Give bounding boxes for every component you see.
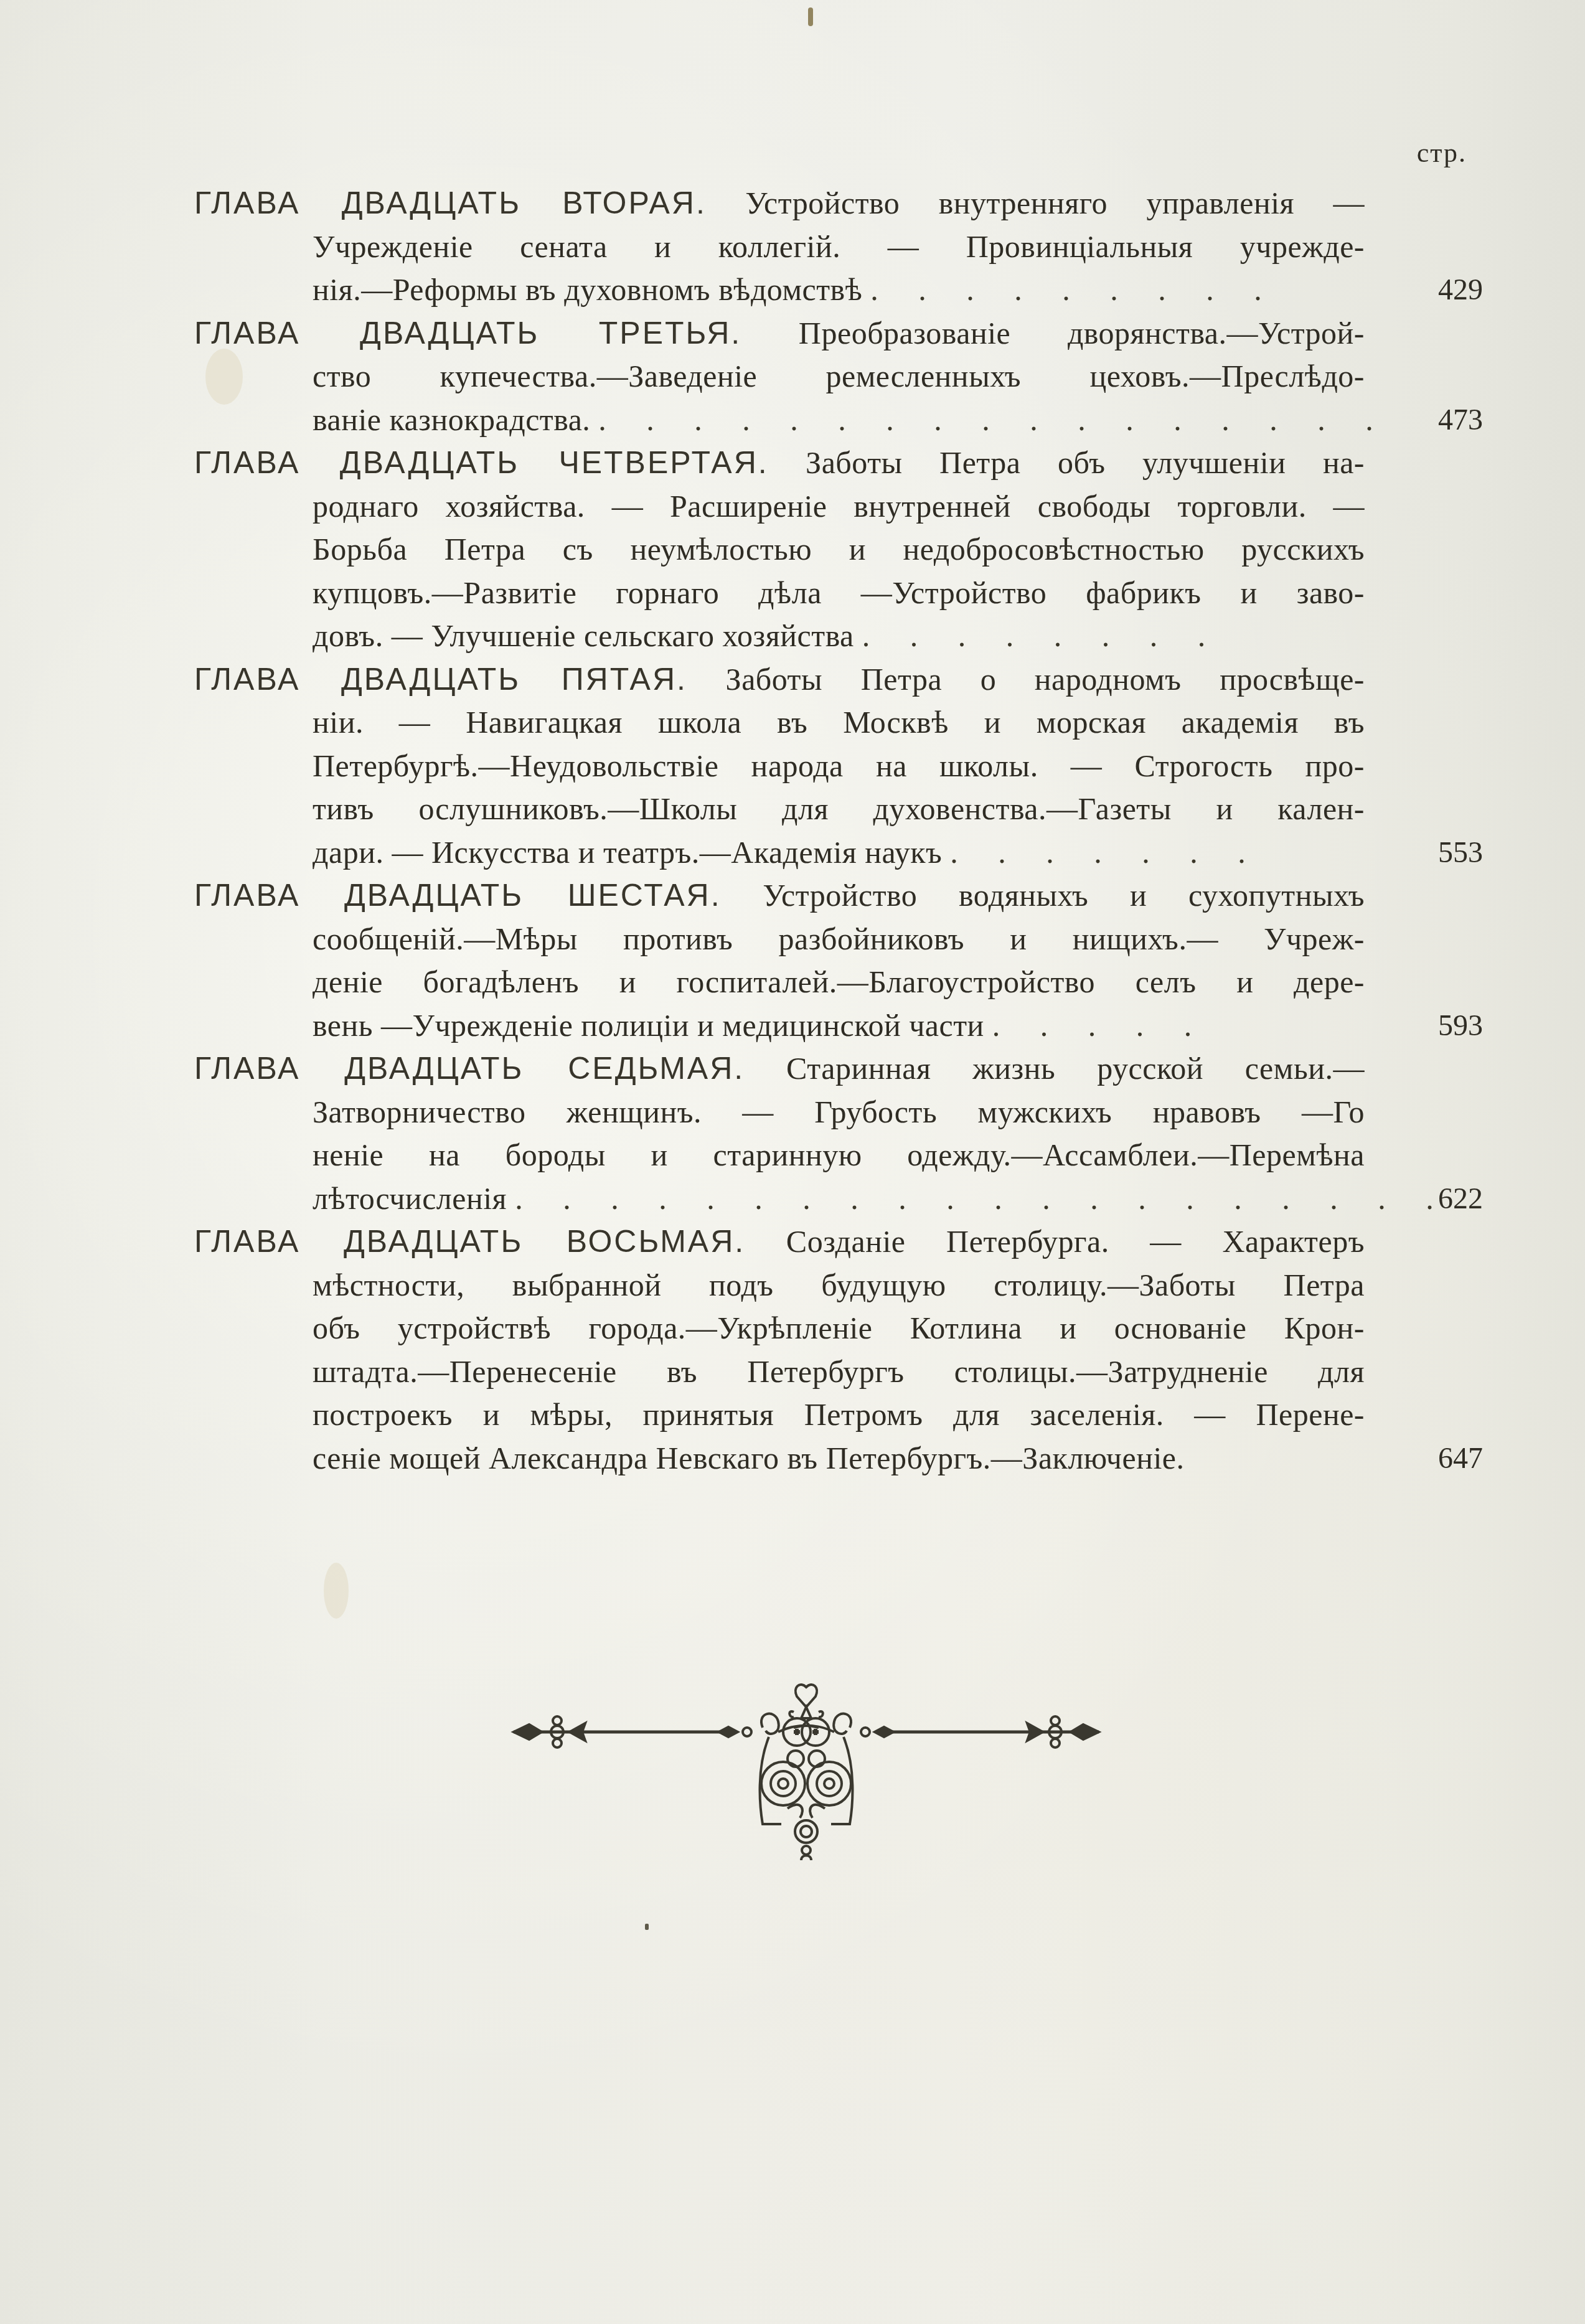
toc-line-text: ство купечества.—Заведеніе ремесленныхъ … (313, 355, 1365, 398)
chapter-title: ГЛАВА ДВАДЦАТЬ ПЯТАЯ. (194, 662, 687, 697)
toc-line-text: мѣстности, выбранной подъ будущую столиц… (313, 1264, 1365, 1307)
chapter-summary-text: дари. — Искусства и театръ.—Академія нау… (313, 835, 942, 870)
toc-line-text: ніи. — Навигацкая школа въ Москвѣ и морс… (313, 701, 1365, 745)
toc-line: ваніе казнокрадства. . . . . . . . . . .… (194, 398, 1483, 442)
chapter-summary-text: купцовъ.—Развитіе горнаго дѣла —Устройст… (313, 575, 1365, 610)
chapter-summary-text: ваніе казнокрадства. (313, 402, 590, 437)
chapter-summary-text: ніи. — Навигацкая школа въ Москвѣ и морс… (313, 705, 1365, 740)
toc-line-text: ГЛАВА ДВАДЦАТЬ ПЯТАЯ. Заботы Петра о нар… (194, 658, 1365, 702)
chapter-summary-text: неніе на бороды и старинную одежду.—Асса… (313, 1137, 1365, 1172)
toc-line: деніе богадѣленъ и госпиталей.—Благоустр… (194, 961, 1483, 1004)
toc-line: вень —Учрежденіе полиціи и медицинской ч… (194, 1004, 1483, 1048)
page-column-header: стр. (1417, 137, 1467, 169)
toc-line: тивъ ослушниковъ.—Школы для духовенства.… (194, 788, 1483, 831)
toc-line-text: ваніе казнокрадства. . . . . . . . . . .… (313, 398, 1365, 442)
toc-line-text: построекъ и мѣры, принятыя Петромъ для з… (313, 1393, 1365, 1437)
chapter-summary-text: довъ. — Улучшеніе сельскаго хозяйства (313, 618, 854, 653)
dot-leader: . . . . . . . (950, 831, 1262, 875)
toc-entry: ГЛАВА ДВАДЦАТЬ ВОСЬМАЯ. Созданіе Петербу… (194, 1220, 1483, 1480)
chapter-title: ГЛАВА ДВАДЦАТЬ ТРЕТЬЯ. (194, 316, 741, 350)
tailpiece-ornament-icon (495, 1675, 1117, 1861)
toc-line-text: деніе богадѣленъ и госпиталей.—Благоустр… (313, 961, 1365, 1004)
page-number: 429 (1402, 268, 1483, 312)
chapter-summary-text: сеніе мощей Александра Невскаго въ Петер… (313, 1441, 1184, 1475)
toc-line-text: ГЛАВА ДВАДЦАТЬ ТРЕТЬЯ. Преобразованіе дв… (194, 312, 1365, 355)
toc-line: ГЛАВА ДВАДЦАТЬ ТРЕТЬЯ. Преобразованіе дв… (194, 312, 1483, 355)
chapter-summary-text: лѣтосчисленія (313, 1181, 507, 1216)
chapter-summary-text: деніе богадѣленъ и госпиталей.—Благоустр… (313, 964, 1365, 999)
toc-entry: ГЛАВА ДВАДЦАТЬ ЧЕТВЕРТАЯ. Заботы Петра о… (194, 441, 1483, 658)
chapter-title: ГЛАВА ДВАДЦАТЬ СЕДЬМАЯ. (194, 1051, 745, 1086)
toc-line-text: дари. — Искусства и театръ.—Академія нау… (313, 831, 1365, 875)
toc-line: построекъ и мѣры, принятыя Петромъ для з… (194, 1393, 1483, 1437)
chapter-summary-text: Заботы Петра объ улучшеніи на- (806, 445, 1365, 480)
toc-line-text: ГЛАВА ДВАДЦАТЬ СЕДЬМАЯ. Старинная жизнь … (194, 1047, 1365, 1091)
chapter-summary-text: Петербургѣ.—Неудовольствіе народа на шко… (313, 748, 1365, 783)
chapter-summary-text: мѣстности, выбранной подъ будущую столиц… (313, 1268, 1365, 1302)
chapter-summary-text: Устройство водяныхъ и сухопутныхъ (763, 878, 1365, 913)
chapter-summary-text: штадта.—Перенесеніе въ Петербургъ столиц… (313, 1354, 1365, 1389)
chapter-title: ГЛАВА ДВАДЦАТЬ ВОСЬМАЯ. (194, 1224, 745, 1259)
dot-leader: . . . . . . . . . (870, 268, 1278, 312)
toc-line: мѣстности, выбранной подъ будущую столиц… (194, 1264, 1483, 1307)
chapter-title: ГЛАВА ДВАДЦАТЬ ЧЕТВЕРТАЯ. (194, 445, 769, 480)
page-number: 553 (1402, 831, 1483, 875)
toc-line-text: нія.—Реформы въ духовномъ вѣдомствѣ . . … (313, 268, 1365, 312)
toc-line: Петербургѣ.—Неудовольствіе народа на шко… (194, 745, 1483, 788)
toc-line: ГЛАВА ДВАДЦАТЬ ЧЕТВЕРТАЯ. Заботы Петра о… (194, 441, 1483, 485)
toc-line-text: Учрежденіе сената и коллегій. — Провинці… (313, 225, 1365, 269)
toc-line: сеніе мощей Александра Невскаго въ Петер… (194, 1437, 1483, 1480)
toc-line: дари. — Искусства и театръ.—Академія нау… (194, 831, 1483, 875)
chapter-summary-text: ство купечества.—Заведеніе ремесленныхъ … (313, 359, 1365, 393)
toc-line-text: Петербургѣ.—Неудовольствіе народа на шко… (313, 745, 1365, 788)
toc-line-text: ГЛАВА ДВАДЦАТЬ ВОСЬМАЯ. Созданіе Петербу… (194, 1220, 1365, 1264)
foxing-stain (324, 1563, 349, 1619)
toc-line-text: ГЛАВА ДВАДЦАТЬ ЧЕТВЕРТАЯ. Заботы Петра о… (194, 441, 1365, 485)
toc-line: ГЛАВА ДВАДЦАТЬ ВТОРАЯ. Устройство внутре… (194, 182, 1483, 225)
toc-line-text: вень —Учрежденіе полиціи и медицинской ч… (313, 1004, 1365, 1048)
chapter-summary-text: Устройство внутренняго управленія — (745, 186, 1365, 220)
toc-line: ніи. — Навигацкая школа въ Москвѣ и морс… (194, 701, 1483, 745)
chapter-summary-text: нія.—Реформы въ духовномъ вѣдомствѣ (313, 272, 862, 307)
toc-line-text: неніе на бороды и старинную одежду.—Асса… (313, 1134, 1365, 1177)
chapter-summary-text: Заботы Петра о народномъ просвѣще- (726, 662, 1365, 697)
chapter-summary-text: построекъ и мѣры, принятыя Петромъ для з… (313, 1397, 1365, 1432)
chapter-summary-text: Преобразованіе дворянства.—Устрой- (799, 316, 1365, 350)
toc-entries: ГЛАВА ДВАДЦАТЬ ВТОРАЯ. Устройство внутре… (194, 182, 1483, 1480)
toc-line-text: Затворничество женщинъ. — Грубость мужск… (313, 1091, 1365, 1134)
toc-entry: ГЛАВА ДВАДЦАТЬ ТРЕТЬЯ. Преобразованіе дв… (194, 312, 1483, 442)
toc-line-text: ГЛАВА ДВАДЦАТЬ ШЕСТАЯ. Устройство водяны… (194, 874, 1365, 918)
toc-line-text: штадта.—Перенесеніе въ Петербургъ столиц… (313, 1350, 1365, 1394)
toc-line: ГЛАВА ДВАДЦАТЬ СЕДЬМАЯ. Старинная жизнь … (194, 1047, 1483, 1091)
toc-line: довъ. — Улучшеніе сельскаго хозяйства . … (194, 614, 1483, 658)
toc-line: роднаго хозяйства. — Расширеніе внутренн… (194, 485, 1483, 529)
toc-line-text: сеніе мощей Александра Невскаго въ Петер… (313, 1437, 1365, 1480)
toc-entry: ГЛАВА ДВАДЦАТЬ ВТОРАЯ. Устройство внутре… (194, 182, 1483, 312)
toc-entry: ГЛАВА ДВАДЦАТЬ ПЯТАЯ. Заботы Петра о нар… (194, 658, 1483, 875)
page-number: 622 (1402, 1177, 1483, 1221)
toc-line: штадта.—Перенесеніе въ Петербургъ столиц… (194, 1350, 1483, 1394)
toc-line: лѣтосчисленія . . . . . . . . . . . . . … (194, 1177, 1483, 1221)
toc-line-text: объ устройствѣ города.—Укрѣпленіе Котлин… (313, 1307, 1365, 1350)
toc-line-text: довъ. — Улучшеніе сельскаго хозяйства . … (313, 614, 1365, 658)
chapter-summary-text: роднаго хозяйства. — Расширеніе внутренн… (313, 489, 1365, 524)
toc-line: Борьба Петра съ неумѣлостью и недобросов… (194, 528, 1483, 572)
dot-leader: . . . . . (992, 1004, 1208, 1048)
toc-line-text: купцовъ.—Развитіе горнаго дѣла —Устройст… (313, 572, 1365, 615)
toc-entry: ГЛАВА ДВАДЦАТЬ СЕДЬМАЯ. Старинная жизнь … (194, 1047, 1483, 1220)
ink-speck (808, 7, 813, 26)
toc-line: ГЛАВА ДВАДЦАТЬ ШЕСТАЯ. Устройство водяны… (194, 874, 1483, 918)
toc-line: объ устройствѣ города.—Укрѣпленіе Котлин… (194, 1307, 1483, 1350)
toc-line: ГЛАВА ДВАДЦАТЬ ПЯТАЯ. Заботы Петра о нар… (194, 658, 1483, 702)
page-number: 593 (1402, 1004, 1483, 1048)
toc-line: сообщеній.—Мѣры противъ разбойниковъ и н… (194, 918, 1483, 961)
chapter-summary-text: Учрежденіе сената и коллегій. — Провинці… (313, 229, 1365, 264)
chapter-summary-text: Созданіе Петербурга. — Характеръ (786, 1224, 1365, 1259)
toc-line-text: ГЛАВА ДВАДЦАТЬ ВТОРАЯ. Устройство внутре… (194, 182, 1365, 225)
toc-line-text: сообщеній.—Мѣры противъ разбойниковъ и н… (313, 918, 1365, 961)
chapter-title: ГЛАВА ДВАДЦАТЬ ШЕСТАЯ. (194, 878, 722, 913)
chapter-summary-text: Борьба Петра съ неумѣлостью и недобросов… (313, 532, 1365, 567)
toc-line-text: Борьба Петра съ неумѣлостью и недобросов… (313, 528, 1365, 572)
chapter-title: ГЛАВА ДВАДЦАТЬ ВТОРАЯ. (194, 186, 707, 220)
page-number: 647 (1402, 1437, 1483, 1480)
chapter-summary-text: объ устройствѣ города.—Укрѣпленіе Котлин… (313, 1310, 1365, 1345)
toc-line: Учрежденіе сената и коллегій. — Провинці… (194, 225, 1483, 269)
toc-line: Затворничество женщинъ. — Грубость мужск… (194, 1091, 1483, 1134)
chapter-summary-text: сообщеній.—Мѣры противъ разбойниковъ и н… (313, 921, 1365, 956)
page-number: 473 (1402, 398, 1483, 442)
toc-line: неніе на бороды и старинную одежду.—Асса… (194, 1134, 1483, 1177)
chapter-summary-text: Старинная жизнь русской семьи.— (786, 1051, 1365, 1086)
toc-line: ГЛАВА ДВАДЦАТЬ ВОСЬМАЯ. Созданіе Петербу… (194, 1220, 1483, 1264)
toc-line-text: тивъ ослушниковъ.—Школы для духовенства.… (313, 788, 1365, 831)
toc-line-text: роднаго хозяйства. — Расширеніе внутренн… (313, 485, 1365, 529)
chapter-summary-text: вень —Учрежденіе полиціи и медицинской ч… (313, 1008, 984, 1043)
toc-entry: ГЛАВА ДВАДЦАТЬ ШЕСТАЯ. Устройство водяны… (194, 874, 1483, 1047)
toc-line-text: лѣтосчисленія . . . . . . . . . . . . . … (313, 1177, 1365, 1221)
toc-line: купцовъ.—Развитіе горнаго дѣла —Устройст… (194, 572, 1483, 615)
chapter-summary-text: тивъ ослушниковъ.—Школы для духовенства.… (313, 791, 1365, 826)
dot-leader: . . . . . . . . . . . . . . . . . (598, 398, 1390, 442)
dot-leader: . . . . . . . . . . . . . . . . . . . . (515, 1177, 1450, 1221)
toc-line: нія.—Реформы въ духовномъ вѣдомствѣ . . … (194, 268, 1483, 312)
toc-line: ство купечества.—Заведеніе ремесленныхъ … (194, 355, 1483, 398)
dot-leader: . . . . . . . . (862, 614, 1222, 658)
chapter-summary-text: Затворничество женщинъ. — Грубость мужск… (313, 1094, 1365, 1129)
ink-speck (645, 1924, 649, 1930)
